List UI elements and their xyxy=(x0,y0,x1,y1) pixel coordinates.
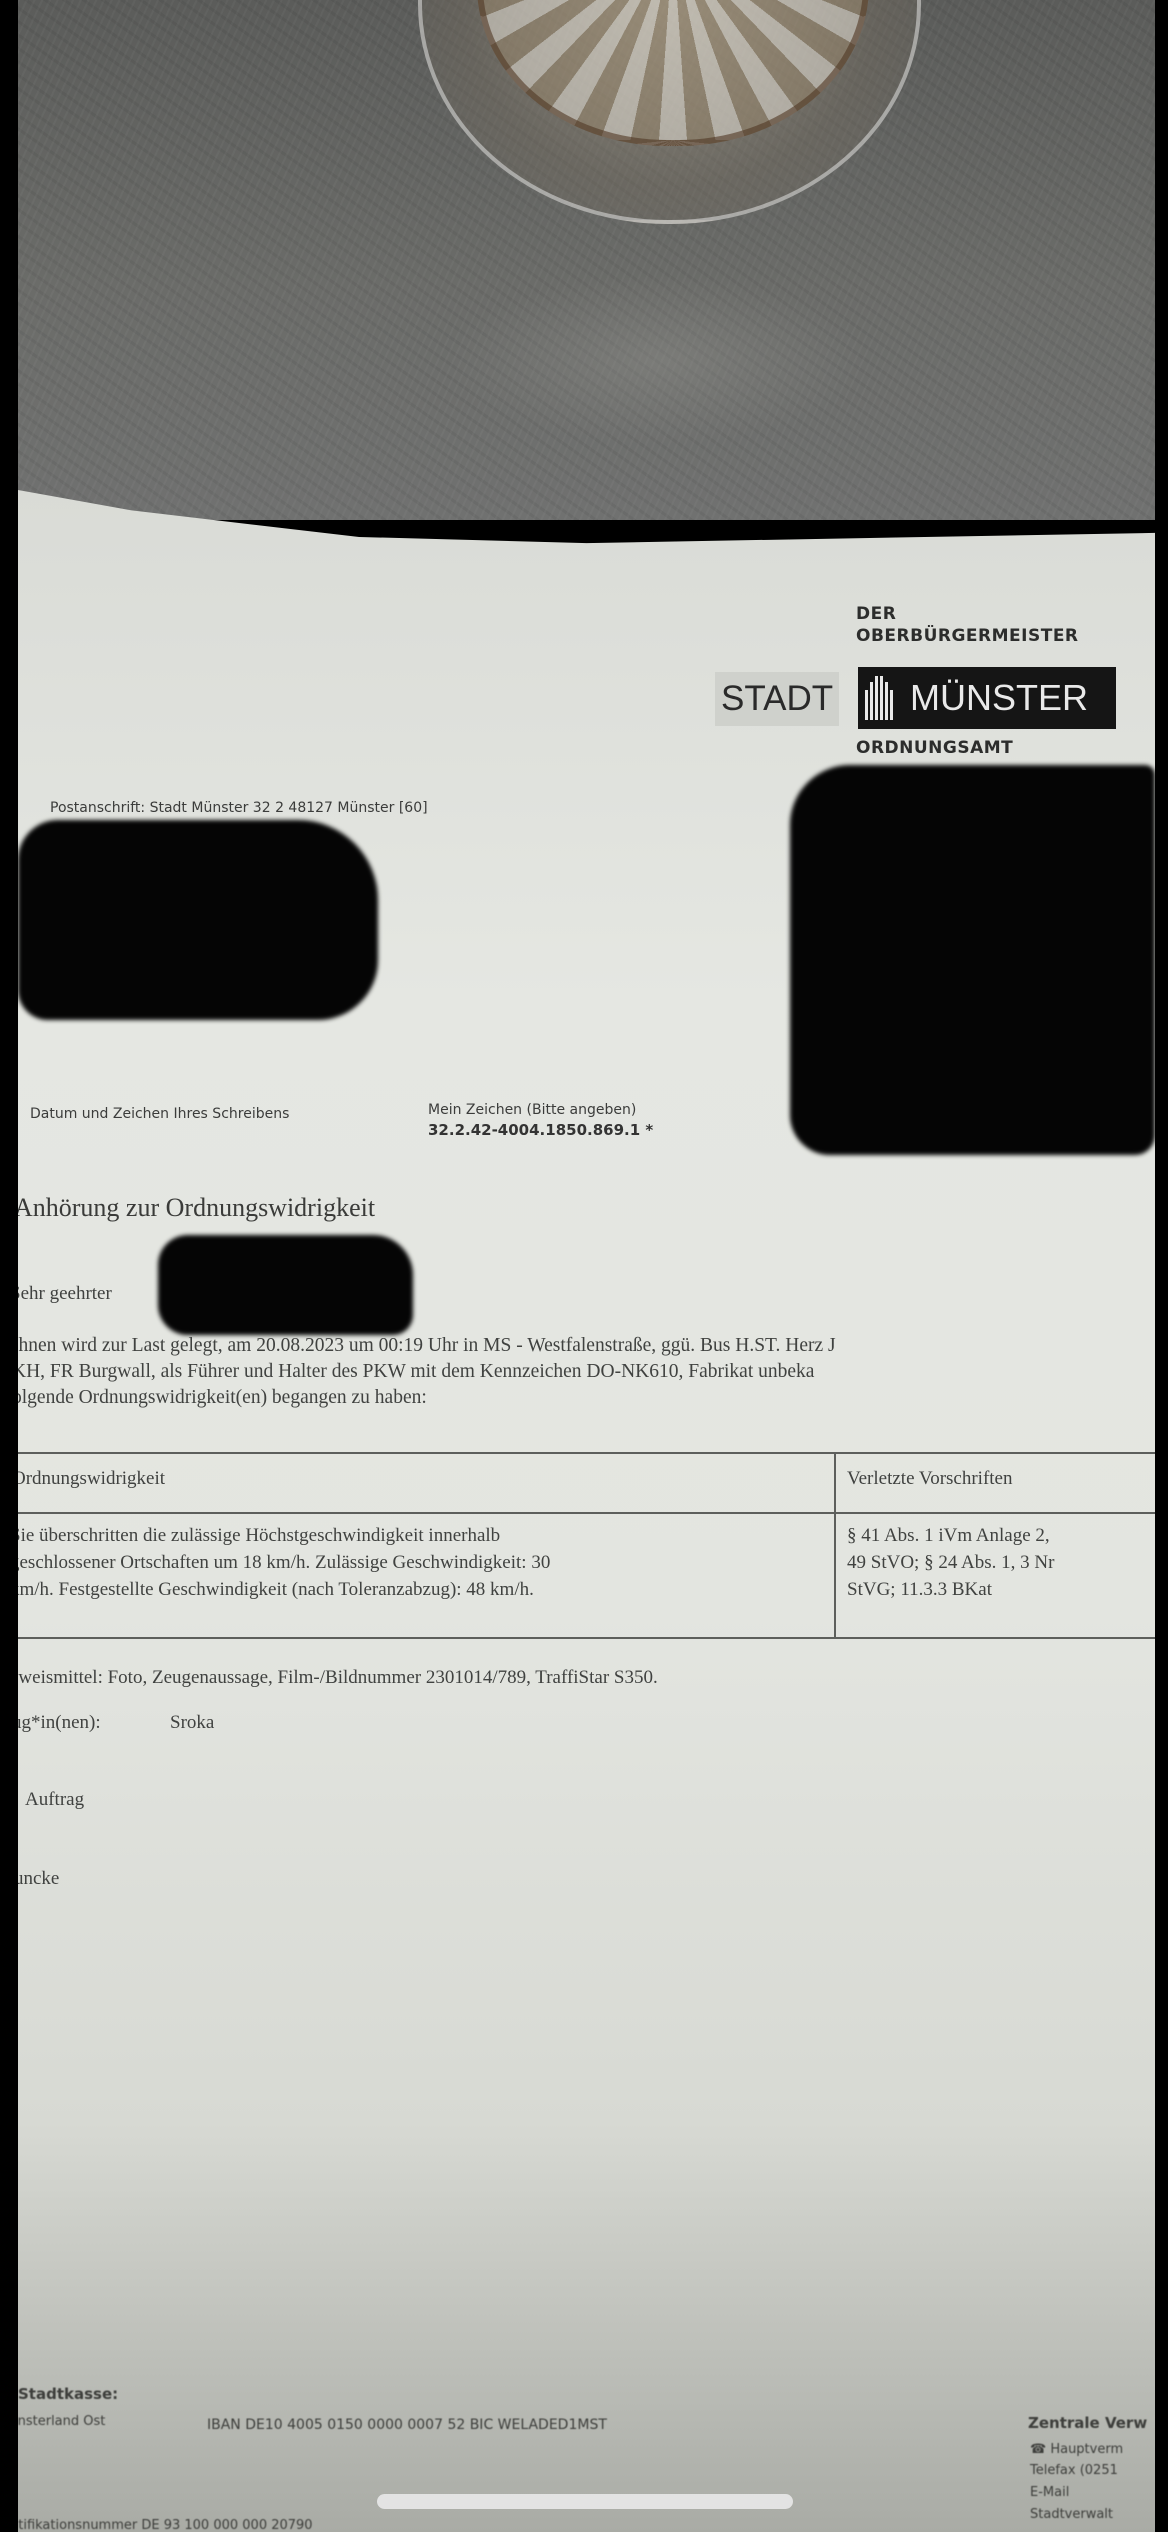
witness-label: ug*in(nen): xyxy=(12,1712,101,1734)
table-header-regulations: Verletzte Vorschriften xyxy=(847,1468,1013,1490)
redacted-contact-block xyxy=(790,765,1155,1155)
department-name: ORDNUNGSAMT xyxy=(856,738,1013,758)
letterhead-line-2: OBERBÜRGERMEISTER xyxy=(856,626,1079,646)
home-indicator[interactable] xyxy=(377,2494,793,2509)
footer-main-exchange: ☎ Hauptverm xyxy=(1030,2442,1123,2457)
footer-id-number: ntifikationsnummer DE 93 100 000 000 207… xyxy=(10,2518,313,2532)
footer-bank-details: IBAN DE10 4005 0150 0000 0007 52 BIC WEL… xyxy=(207,2417,607,2433)
my-reference-label: Mein Zeichen (Bitte angeben) xyxy=(428,1102,636,1118)
regulation-line-1: § 41 Abs. 1 iVm Anlage 2, xyxy=(847,1525,1050,1547)
salutation: Sehr geehrter xyxy=(10,1283,112,1305)
table-header-offence: Ordnungswidrigkeit xyxy=(12,1468,165,1490)
body-line-1: Ihnen wird zur Last gelegt, am 20.08.202… xyxy=(12,1335,836,1357)
table-header-rule xyxy=(18,1512,1155,1514)
footer-cashier-label: Stadtkasse: xyxy=(18,2385,118,2403)
postal-address: Postanschrift: Stadt Münster 32 2 48127 … xyxy=(50,800,428,816)
my-reference-value: 32.2.42-4004.1850.869.1 * xyxy=(428,1121,653,1139)
footer-city-admin: Stadtverwalt xyxy=(1030,2507,1113,2522)
letter-title: Anhörung zur Ordnungswidrigkeit xyxy=(14,1193,375,1223)
body-line-3: olgende Ordnungswidrigkeit(en) begangen … xyxy=(12,1387,427,1409)
logo-stadt-text: STADT xyxy=(715,672,839,726)
photo-border-right xyxy=(1155,0,1168,2532)
offence-line-2: geschlossener Ortschaften um 18 km/h. Zu… xyxy=(10,1552,550,1574)
signature-name: uncke xyxy=(14,1868,59,1890)
cathedral-icon xyxy=(865,676,895,720)
your-reference-label: Datum und Zeichen Ihres Schreibens xyxy=(30,1106,289,1122)
city-logo: MÜNSTER xyxy=(858,667,1116,729)
footer-email: E-Mail xyxy=(1030,2485,1069,2500)
table-bottom-rule xyxy=(18,1637,1155,1639)
footer-bank-name: insterland Ost xyxy=(14,2414,105,2429)
witness-name: Sroka xyxy=(170,1712,214,1734)
photo-viewer: DER OBERBÜRGERMEISTER STADT MÜNSTER ORDN… xyxy=(0,0,1168,2532)
glass-vase xyxy=(418,0,921,224)
regulation-line-2: 49 StVO; § 24 Abs. 1, 3 Nr xyxy=(847,1552,1054,1574)
photo-border-left xyxy=(0,0,18,2532)
closing-auftrag: Auftrag xyxy=(25,1789,84,1811)
offence-line-3: km/h. Festgestellte Geschwindigkeit (nac… xyxy=(10,1579,534,1601)
offence-line-1: Sie überschritten die zulässige Höchstge… xyxy=(10,1525,500,1547)
footer-fax: Telefax (0251 xyxy=(1030,2463,1118,2478)
letterhead-line-1: DER xyxy=(856,604,896,624)
evidence-line: eweismittel: Foto, Zeugenaussage, Film-/… xyxy=(10,1667,658,1689)
redacted-recipient-address xyxy=(18,820,378,1020)
table-top-rule xyxy=(18,1452,1155,1454)
glass-vase-pattern xyxy=(477,0,869,146)
body-line-2: KH, FR Burgwall, als Führer und Halter d… xyxy=(12,1361,814,1383)
regulation-line-3: StVG; 11.3.3 BKat xyxy=(847,1579,992,1601)
table-column-divider xyxy=(834,1452,836,1638)
table-background xyxy=(18,0,1155,520)
footer-central-admin: Zentrale Verw xyxy=(1028,2414,1147,2432)
redacted-recipient-name xyxy=(158,1235,413,1335)
logo-muenster-text: MÜNSTER xyxy=(910,667,1088,729)
